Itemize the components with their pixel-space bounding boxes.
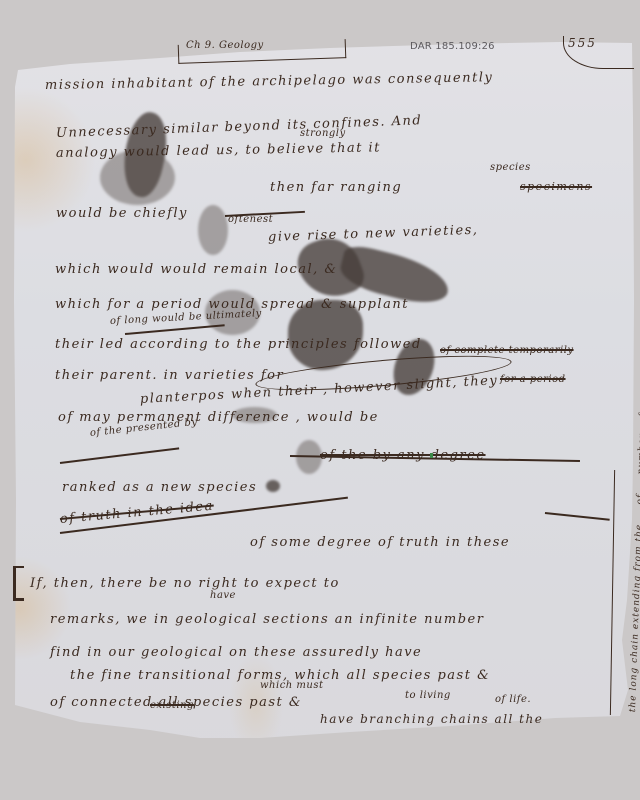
struck-word: existing — [150, 700, 194, 711]
paragraph-bracket — [13, 566, 24, 601]
manuscript-line: their parent. in varieties for — [55, 368, 284, 383]
manuscript-line: would be chiefly — [56, 206, 188, 221]
manuscript-line: then far ranging — [270, 180, 402, 195]
manuscript-line: their led according to the principles fo… — [55, 337, 422, 352]
green-mark — [430, 453, 433, 458]
manuscript-line: of some degree of truth in these — [250, 535, 510, 550]
manuscript-page: Ch 9. Geology DAR 185.109:26 555 mission… — [0, 0, 640, 800]
interlinear-insertion: to living — [405, 690, 451, 701]
manuscript-line: remarks, we in geological sections an in… — [50, 612, 484, 627]
folio-number: 555 — [568, 36, 597, 50]
archive-reference: DAR 185.109:26 — [410, 41, 495, 52]
manuscript-line: have branching chains all the — [320, 712, 543, 726]
interlinear-insertion: which must — [260, 680, 324, 691]
chapter-heading: Ch 9. Geology — [186, 40, 264, 51]
manuscript-line: If, then, there be no right to expect to — [30, 576, 340, 591]
manuscript-line: which would would remain local, & — [55, 262, 337, 277]
struck-word: of complete temporarily — [440, 345, 574, 356]
interlinear-insertion: strongly — [300, 128, 346, 139]
struck-word: for a period — [500, 374, 566, 385]
manuscript-line: ranked as a new species — [62, 480, 257, 495]
struck-word: specimens — [520, 180, 592, 193]
interlinear-insertion: have — [210, 590, 236, 601]
manuscript-line: of may permanent difference , would be — [58, 410, 379, 425]
ink-blot-upper-mid — [198, 205, 228, 255]
manuscript-line: find in our geological on these assuredl… — [50, 645, 422, 660]
ink-blot-tiny — [266, 480, 280, 492]
interlinear-insertion: of life. — [495, 694, 531, 705]
interlinear-insertion: species — [490, 162, 531, 173]
